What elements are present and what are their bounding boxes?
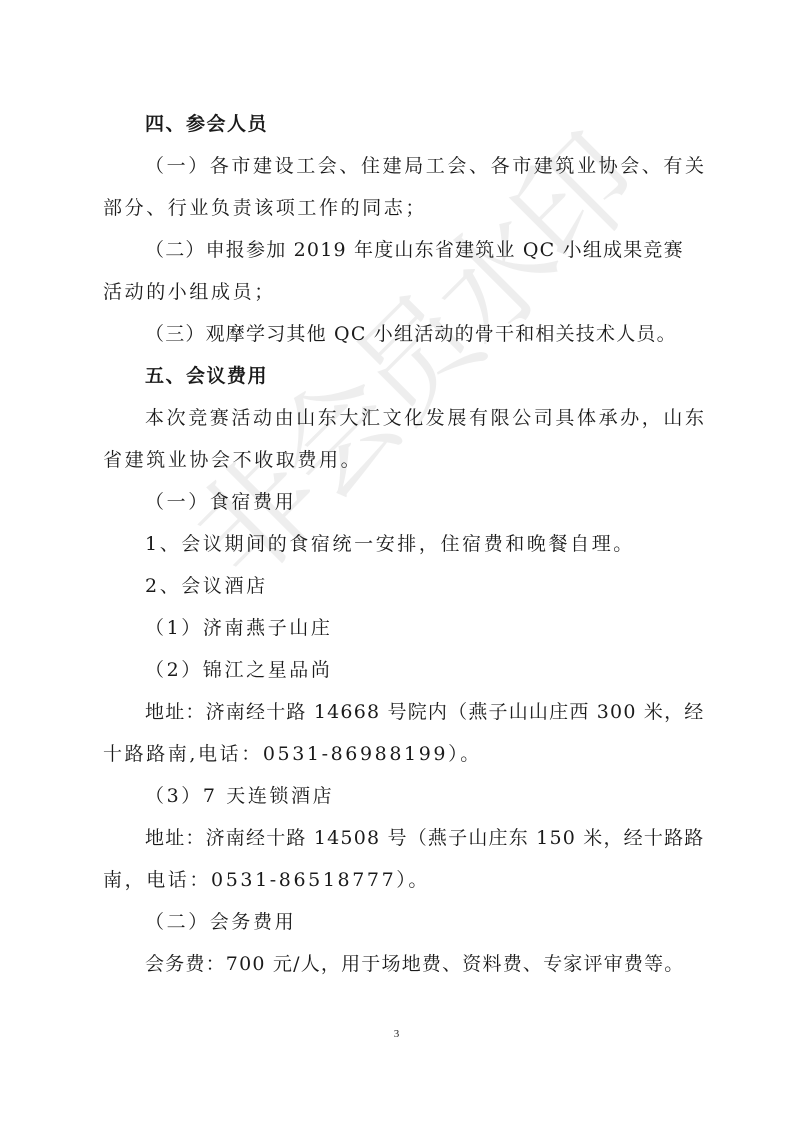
hotel-1-name: （1）济南燕子山庄 — [145, 616, 333, 640]
lodging-point-1: 1、会议期间的食宿统一安排，住宿费和晚餐自理。 — [145, 532, 635, 556]
hotel-2-address-line1: 地址：济南经十路 14668 号院内（燕子山山庄西 300 米，经 — [145, 700, 704, 724]
attendee-item-3: （三）观摩学习其他 QC 小组活动的骨干和相关技术人员。 — [145, 322, 677, 346]
subsection-heading-lodging: （一）食宿费用 — [145, 490, 296, 514]
hotel-3-address-line1: 地址：济南经十路 14508 号（燕子山庄东 150 米，经十路路 — [145, 826, 704, 850]
fees-intro-line2: 省建筑业协会不收取费用。 — [103, 448, 362, 472]
hotel-3-name: （3）7 天连锁酒店 — [145, 784, 334, 808]
lodging-point-2: 2、会议酒店 — [145, 574, 268, 598]
attendee-item-2-line1: （二）申报参加 2019 年度山东省建筑业 QC 小组成果竞赛 — [145, 238, 684, 262]
subsection-heading-conference-fee: （二）会务费用 — [145, 910, 296, 934]
section-heading-attendees: 四、参会人员 — [145, 112, 268, 136]
hotel-2-name: （2）锦江之星品尚 — [145, 658, 333, 682]
hotel-2-address-line2: 十路路南,电话：0531-86988199）。 — [103, 742, 482, 766]
fees-intro-line1: 本次竞赛活动由山东大汇文化发展有限公司具体承办，山东 — [145, 406, 707, 430]
attendee-item-1-line2: 部分、行业负责该项工作的同志； — [103, 196, 427, 220]
hotel-3-address-line2: 南，电话：0531-86518777）。 — [103, 868, 430, 892]
page-number: 3 — [0, 1028, 793, 1040]
conference-fee-text: 会务费：700 元/人，用于场地费、资料费、专家评审费等。 — [145, 952, 685, 976]
section-heading-fees: 五、会议费用 — [145, 364, 268, 388]
attendee-item-1-line1: （一）各市建设工会、住建局工会、各市建筑业协会、有关 — [145, 154, 707, 178]
attendee-item-2-line2: 活动的小组成员； — [103, 280, 276, 304]
